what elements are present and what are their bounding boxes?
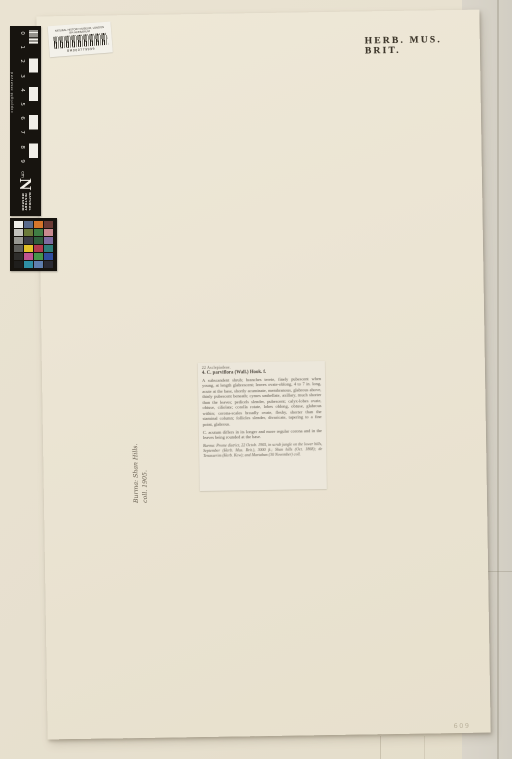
color-patch [24, 229, 33, 236]
color-patch [24, 261, 33, 268]
backdrop-crease-below-sheet [380, 736, 381, 759]
color-patch [44, 261, 53, 268]
ruler-millimetre-ticks [29, 30, 38, 44]
barcode-image [53, 32, 108, 48]
color-patch [34, 245, 43, 252]
label-citation: Burma: Prome district, 22 Octob. 1905, i… [203, 441, 322, 458]
color-patch [34, 237, 43, 244]
color-patch [14, 229, 23, 236]
color-patch [34, 221, 43, 228]
nhm-logo-rotated: N NATURAL HISTORY MUSEUM [18, 178, 33, 211]
color-patch [14, 237, 23, 244]
color-patch [24, 221, 33, 228]
color-patch [24, 245, 33, 252]
ruler-number: 7 [15, 127, 29, 137]
color-patch [44, 229, 53, 236]
handwriting-line2: coll. 1905. [140, 431, 150, 503]
specimen-sheet: HERB. MUS. BRIT. NATURAL HISTORY MUSEUM,… [36, 10, 490, 740]
specimen-label: 22 Asclepiadeae. 4. C. parviflora (Wall.… [198, 361, 327, 491]
backdrop-crease-below-sheet-2 [424, 736, 425, 759]
nhm-logo-letter: N [18, 178, 33, 190]
handwriting-note: Burma: Shan Hills. coll. 1905. [131, 431, 160, 503]
color-patch [34, 253, 43, 260]
nhm-logo-text: NATURAL HISTORY MUSEUM [20, 192, 31, 210]
ruler-number: 8 [15, 142, 29, 152]
ruler-strip [29, 30, 38, 172]
ruler-number: 1 [15, 42, 29, 52]
herbarium-stamp: HERB. MUS. BRIT. [365, 35, 480, 57]
backdrop-crease-vertical [497, 0, 499, 759]
color-patch [34, 229, 43, 236]
copyright-text: copyright reserved [10, 62, 18, 122]
scale-ruler: 0123456789 cm copyright reserved N NATUR… [10, 26, 41, 216]
nhm-logo-line3: MUSEUM [20, 193, 24, 210]
ruler-numbers: 0123456789 [17, 26, 27, 168]
label-note: C. acutum differs in its longer and more… [203, 428, 322, 441]
sheet-number-stamp: 609 [453, 722, 470, 730]
color-patch [44, 221, 53, 228]
nhm-logo: N NATURAL HISTORY MUSEUM [10, 174, 41, 214]
color-checker [10, 218, 57, 271]
color-patch [14, 261, 23, 268]
color-patch [44, 253, 53, 260]
color-patch [44, 245, 53, 252]
photo-backdrop: HERB. MUS. BRIT. NATURAL HISTORY MUSEUM,… [0, 0, 512, 759]
color-patch [44, 237, 53, 244]
label-description: A subscandent shrub; branches terete, fi… [202, 376, 322, 427]
ruler-number: 0 [15, 28, 29, 38]
color-patch [14, 253, 23, 260]
ruler-number: 9 [15, 156, 29, 166]
barcode-number: BM000779999 [67, 46, 95, 52]
color-patch [24, 237, 33, 244]
barcode-label: NATURAL HISTORY MUSEUM, LONDON BM HERBAR… [48, 21, 113, 57]
color-patch [14, 245, 23, 252]
color-patch [34, 261, 43, 268]
color-patch [14, 221, 23, 228]
color-patch [24, 253, 33, 260]
